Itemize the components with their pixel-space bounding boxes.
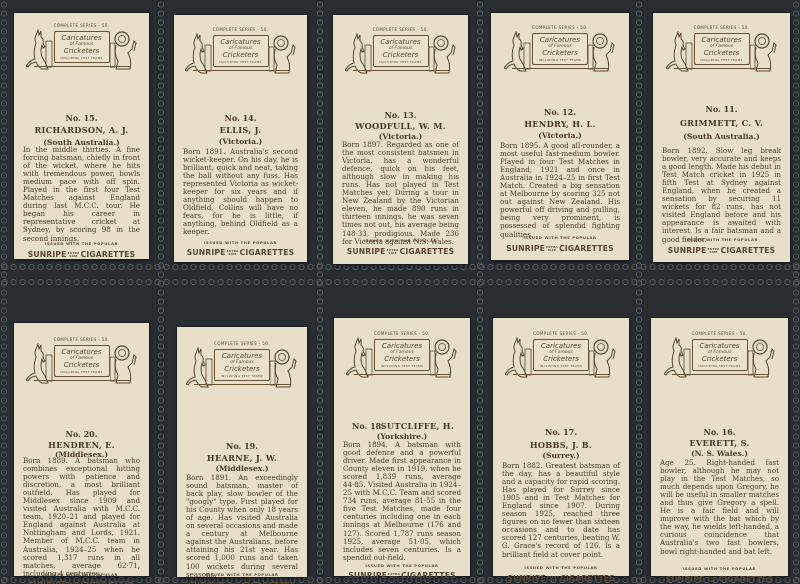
art-title-line: Cricketers (374, 52, 428, 59)
player-name: SUTCLIFFE, H. (334, 421, 454, 431)
album-divider-strip (476, 0, 484, 584)
album-divider-strip (157, 0, 165, 584)
art-subtitle: INCLUDING TEST TEAMS (533, 59, 587, 62)
brand-line: SUNRIPEEXTRASIZECIGARETTES (333, 247, 468, 256)
cigarette-card[interactable]: COMPLETE SERIES - 50. Caricatures of Fam… (651, 318, 788, 576)
player-team: (N. S. Wales.) (651, 449, 788, 458)
brand-left: SUNRIPE (666, 575, 705, 584)
brand-line: SUNRIPEEXTRASIZECIGARETTES (14, 580, 149, 584)
art-title-line: Cricketers (375, 356, 429, 363)
brand-size-mark: EXTRASIZE (546, 246, 558, 252)
lion-icon (750, 31, 778, 73)
player-team: (Victoria.) (174, 137, 307, 146)
title-cartouche: Caricatures of Famous Cricketers INCLUDI… (373, 35, 429, 67)
card-number: No. 15. (14, 113, 149, 123)
kangaroo-icon (186, 347, 214, 389)
brand-right: CIGARETTES (559, 244, 614, 253)
series-label: COMPLETE SERIES - 50. (666, 25, 778, 30)
series-label: COMPLETE SERIES - 50. (345, 27, 457, 32)
lion-icon (270, 347, 298, 389)
player-name: HENDRY, H. L. (491, 119, 629, 129)
art-title-line: Caricatures (534, 343, 588, 350)
brand-left: SUNRIPE (347, 247, 386, 256)
art-title-line: Caricatures (55, 349, 109, 356)
kangaroo-icon (666, 31, 694, 73)
card-header-illustration: COMPLETE SERIES - 50. Caricatures of Fam… (186, 341, 298, 391)
art-title-line: Caricatures (55, 35, 109, 42)
art-title-line: Cricketers (534, 356, 588, 363)
brand-size-mark: EXTRASIZE (68, 252, 80, 258)
art-subtitle: INCLUDING TEST TEAMS (55, 371, 109, 374)
bat-and-stumps-ornament (193, 70, 289, 77)
art-title-line: Cricketers (695, 50, 749, 57)
cigarette-card[interactable]: COMPLETE SERIES - 50. Caricatures of Fam… (14, 323, 149, 576)
art-subtitle: INCLUDING TEST TEAMS (214, 61, 268, 64)
brand-mini-bottom: SIZE (69, 254, 77, 258)
kangaroo-icon (26, 29, 54, 71)
cigarette-card[interactable]: COMPLETE SERIES - 50. Caricatures of Fam… (653, 13, 790, 262)
art-subtitle: INCLUDING TEST TEAMS (215, 375, 269, 378)
series-label: COMPLETE SERIES - 50. (26, 337, 138, 342)
player-name: WOODFULL, W. M. (333, 121, 468, 131)
brand-right: CIGARETTES (560, 574, 615, 583)
brand-line: SUNRIPEEXTRASIZECIGARETTES (493, 574, 629, 583)
series-label: COMPLETE SERIES - 50. (26, 23, 138, 28)
brand-size-mark: EXTRASIZE (547, 576, 559, 582)
brand-size-mark: EXTRASIZE (387, 249, 399, 255)
brand-left: SUNRIPE (507, 574, 546, 583)
album-divider-strip (635, 0, 643, 584)
brand-right: CIGARETTES (81, 580, 136, 584)
player-name: HENDREN, E. (14, 440, 149, 450)
brand-mini-bottom: SIZE (388, 251, 396, 255)
album-divider-strip (0, 277, 800, 287)
brand-mini-bottom: SIZE (390, 575, 398, 579)
card-header-illustration: COMPLETE SERIES - 50. Caricatures of Fam… (504, 25, 616, 75)
art-subtitle: INCLUDING TEST TEAMS (693, 365, 747, 368)
card-number: No. 19. (177, 441, 307, 451)
title-cartouche: Caricatures of Famous Cricketers INCLUDI… (214, 349, 270, 381)
brand-line: SUNRIPEEXTRASIZECIGARETTES (491, 244, 629, 253)
bat-and-stumps-ornament (674, 68, 770, 75)
issued-label: ISSUED WITH THE POPULAR (491, 235, 629, 240)
card-number: No. 11. (653, 104, 790, 114)
player-biography: Born 1889. A batsman who combines except… (23, 457, 140, 578)
brand-left: SUNRIPE (348, 571, 387, 580)
brand-line: SUNRIPEEXTRASIZECIGARETTES (14, 250, 149, 259)
brand-right: CIGARETTES (719, 575, 774, 584)
player-name: HEARNE, J. W. (177, 453, 307, 463)
brand-left: SUNRIPE (187, 248, 226, 257)
brand-left: SUNRIPE (28, 580, 67, 584)
lion-icon (110, 343, 138, 385)
art-title-line: Caricatures (215, 353, 269, 360)
lion-icon (429, 33, 457, 75)
brand-right: CIGARETTES (400, 247, 455, 256)
player-biography: Born 1895. A good all-rounder, a most us… (500, 142, 620, 239)
brand-mini-bottom: SIZE (707, 579, 715, 583)
brand-mini-bottom: SIZE (709, 250, 717, 254)
issued-label: ISSUED WITH THE POPULAR (174, 240, 307, 245)
lion-icon (110, 29, 138, 71)
brand-mini-bottom: SIZE (548, 248, 556, 252)
bat-and-stumps-ornament (512, 68, 608, 75)
card-header-illustration: COMPLETE SERIES - 50. Caricatures of Fam… (26, 337, 138, 387)
art-subtitle: INCLUDING TEST TEAMS (55, 57, 109, 60)
card-number: No. 20. (14, 429, 149, 439)
issued-label: ISSUED WITH THE POPULAR (14, 572, 149, 577)
brand-size-mark: EXTRASIZE (388, 573, 400, 579)
brand-right: CIGARETTES (401, 571, 456, 580)
art-subtitle: INCLUDING TEST TEAMS (375, 365, 429, 368)
lion-icon (588, 31, 616, 73)
bat-and-stumps-ornament (34, 66, 130, 73)
series-label: COMPLETE SERIES - 50. (185, 27, 297, 32)
lion-icon (430, 337, 458, 379)
player-biography: Born 1891. Australia's second wicket-kee… (183, 148, 298, 237)
bat-and-stumps-ornament (194, 384, 290, 391)
title-cartouche: Caricatures of Famous Cricketers INCLUDI… (692, 339, 748, 371)
card-number: No. 16. (651, 427, 788, 437)
series-label: COMPLETE SERIES - 50. (504, 25, 616, 30)
player-biography: Age 25. Right-handed fast bowler, althou… (660, 459, 779, 556)
issued-label: ISSUED WITH THE POPULAR (653, 237, 790, 242)
art-title-line: Cricketers (55, 48, 109, 55)
brand-left: SUNRIPE (668, 246, 707, 255)
art-title-line: Caricatures (214, 39, 268, 46)
title-cartouche: Caricatures of Famous Cricketers INCLUDI… (694, 33, 750, 65)
card-header-illustration: COMPLETE SERIES - 50. Caricatures of Fam… (345, 27, 457, 77)
series-label: COMPLETE SERIES - 50. (346, 331, 458, 336)
bat-and-stumps-ornament (34, 380, 130, 387)
album-divider-strip (792, 0, 800, 584)
series-label: COMPLETE SERIES - 50. (505, 331, 617, 336)
player-biography: Born 1894. A batsman with good defence a… (343, 441, 461, 562)
art-title-line: Cricketers (214, 52, 268, 59)
title-cartouche: Caricatures of Famous Cricketers INCLUDI… (54, 31, 110, 63)
title-cartouche: Caricatures of Famous Cricketers INCLUDI… (374, 339, 430, 371)
brand-size-mark: EXTRASIZE (227, 250, 239, 256)
brand-line: SUNRIPEEXTRASIZECIGARETTES (653, 246, 790, 255)
player-name: RICHARDSON, A. J. (14, 125, 149, 135)
card-number: No. 12. (491, 107, 629, 117)
brand-line: SUNRIPEEXTRASIZECIGARETTES (174, 248, 307, 257)
player-biography: Born 1897. Regarded as one of the most c… (342, 141, 459, 246)
brand-line: SUNRIPEEXTRASIZECIGARETTES (334, 571, 470, 580)
issued-label: ISSUED WITH THE POPULAR (334, 563, 470, 568)
title-cartouche: Caricatures of Famous Cricketers INCLUDI… (533, 339, 589, 371)
card-header-illustration: COMPLETE SERIES - 50. Caricatures of Fam… (26, 23, 138, 73)
card-number: No. 14. (174, 113, 307, 123)
cigarette-card[interactable]: COMPLETE SERIES - 50. Caricatures of Fam… (334, 318, 470, 576)
player-team: (Middlesex.) (177, 464, 307, 473)
art-title-line: Caricatures (375, 343, 429, 350)
player-name: EVERETT, S. (651, 438, 788, 448)
bat-and-stumps-ornament (672, 374, 768, 381)
bat-and-stumps-ornament (353, 70, 449, 77)
player-biography: Born 1891. An exceedingly sound batsman,… (186, 474, 298, 579)
lion-icon (269, 33, 297, 75)
card-header-illustration: COMPLETE SERIES - 50. Caricatures of Fam… (505, 331, 617, 381)
brand-line: SUNRIPEEXTRASIZECIGARETTES (651, 575, 788, 584)
brand-size-mark: EXTRASIZE (706, 577, 718, 583)
brand-size-mark: EXTRASIZE (708, 248, 720, 254)
title-cartouche: Caricatures of Famous Cricketers INCLUDI… (54, 345, 110, 377)
cigarette-card[interactable]: COMPLETE SERIES - 50. Caricatures of Fam… (177, 327, 307, 577)
player-team: (South Australia.) (653, 132, 790, 141)
bat-and-stumps-ornament (513, 374, 609, 381)
cigarette-card[interactable]: COMPLETE SERIES - 50. Caricatures of Fam… (174, 15, 307, 262)
brand-right: CIGARETTES (81, 250, 136, 259)
player-team: (Surrey.) (493, 451, 629, 460)
art-title-line: Cricketers (693, 356, 747, 363)
art-title-line: Caricatures (695, 37, 749, 44)
art-title-line: Caricatures (533, 37, 587, 44)
lion-icon (589, 337, 617, 379)
series-label: COMPLETE SERIES - 50. (186, 341, 298, 346)
card-header-illustration: COMPLETE SERIES - 50. Caricatures of Fam… (664, 331, 776, 381)
player-name: GRIMMETT, C. V. (653, 118, 790, 128)
card-header-illustration: COMPLETE SERIES - 50. Caricatures of Fam… (666, 25, 778, 75)
kangaroo-icon (185, 33, 213, 75)
brand-left: SUNRIPE (506, 244, 545, 253)
brand-mini-bottom: SIZE (228, 252, 236, 256)
cigarette-card[interactable]: COMPLETE SERIES - 50. Caricatures of Fam… (491, 13, 629, 260)
art-title-line: Caricatures (374, 39, 428, 46)
issued-label: ISSUED WITH THE POPULAR (333, 238, 468, 243)
art-title-line: Cricketers (533, 50, 587, 57)
cigarette-card[interactable]: COMPLETE SERIES - 50. Caricatures of Fam… (333, 15, 468, 264)
bat-and-stumps-ornament (354, 374, 450, 381)
player-biography: Born 1882. Greatest batsman of the day, … (502, 462, 620, 559)
issued-label: ISSUED WITH THE POPULAR (493, 565, 629, 570)
kangaroo-icon (505, 337, 533, 379)
brand-right: CIGARETTES (721, 246, 776, 255)
player-team: (Victoria.) (491, 131, 629, 140)
art-title-line: Cricketers (215, 366, 269, 373)
art-title-line: Cricketers (55, 362, 109, 369)
title-cartouche: Caricatures of Famous Cricketers INCLUDI… (213, 35, 269, 67)
album-divider-strip (316, 0, 324, 584)
album-divider-strip (0, 0, 8, 584)
issued-label: ISSUED WITH THE POPULAR (177, 572, 307, 577)
brand-mini-bottom: SIZE (549, 578, 557, 582)
brand-left: SUNRIPE (28, 250, 67, 259)
kangaroo-icon (664, 337, 692, 379)
kangaroo-icon (345, 33, 373, 75)
art-subtitle: INCLUDING TEST TEAMS (374, 61, 428, 64)
player-name: ELLIS, J. (174, 125, 307, 135)
title-cartouche: Caricatures of Famous Cricketers INCLUDI… (532, 33, 588, 65)
card-number: No. 17. (493, 427, 629, 437)
player-name: HOBBS, J. B. (493, 440, 629, 450)
kangaroo-icon (26, 343, 54, 385)
card-header-illustration: COMPLETE SERIES - 50. Caricatures of Fam… (185, 27, 297, 77)
cigarette-card[interactable]: COMPLETE SERIES - 50. Caricatures of Fam… (14, 13, 149, 259)
kangaroo-icon (504, 31, 532, 73)
player-biography: Born 1892. Slow leg break bowler, very a… (662, 147, 781, 244)
art-subtitle: INCLUDING TEST TEAMS (695, 59, 749, 62)
card-number: No. 13. (333, 110, 468, 120)
issued-label: ISSUED WITH THE POPULAR (651, 566, 788, 571)
kangaroo-icon (346, 337, 374, 379)
lion-icon (748, 337, 776, 379)
brand-right: CIGARETTES (240, 248, 295, 257)
issued-label: ISSUED WITH THE POPULAR (14, 241, 149, 246)
player-biography: In the middle thirties. A fine forcing b… (23, 146, 140, 243)
card-header-illustration: COMPLETE SERIES - 50. Caricatures of Fam… (346, 331, 458, 381)
art-subtitle: INCLUDING TEST TEAMS (534, 365, 588, 368)
series-label: COMPLETE SERIES - 50. (664, 331, 776, 336)
art-title-line: Caricatures (693, 343, 747, 350)
cigarette-card[interactable]: COMPLETE SERIES - 50. Caricatures of Fam… (493, 318, 629, 576)
